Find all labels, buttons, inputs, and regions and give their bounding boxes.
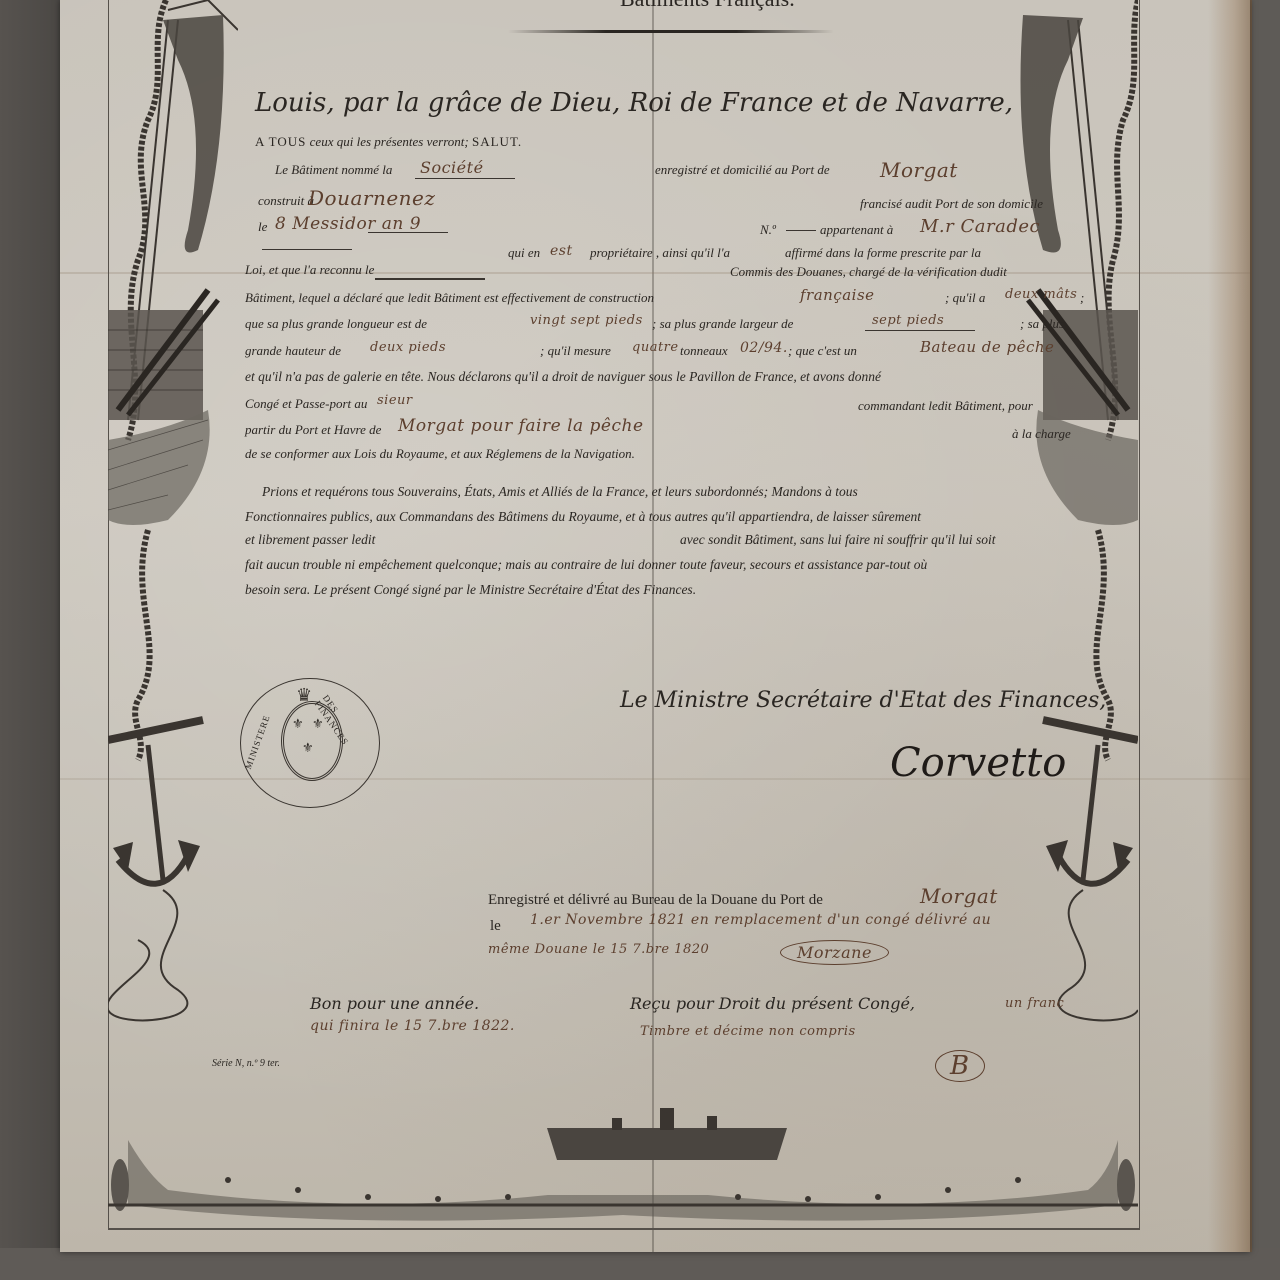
masts-field: deux mâts: [1005, 287, 1077, 302]
serie-number: Série N, n.º 9 ter.: [212, 1058, 280, 1069]
body-line3-a: le: [258, 219, 267, 235]
heading-rule: [508, 30, 834, 33]
background-left: [0, 0, 62, 1280]
body-line6-c: ;: [1080, 290, 1084, 306]
royal-title-line: Louis, par la grâce de Dieu, Roi de Fran…: [255, 88, 1013, 118]
commander-field: sieur: [377, 393, 413, 408]
validity-text: Bon pour une année.: [310, 994, 479, 1013]
background-bottom: [0, 1248, 1280, 1280]
receipt-amount-field: un franc: [1005, 996, 1064, 1011]
number-label: N.º: [760, 222, 776, 238]
heading-fragment: Bâtiments Français.: [620, 0, 795, 12]
body-line8-b: ; qu'il mesure: [540, 343, 611, 359]
minister-title: Le Ministre Secrétaire d'Etat des Financ…: [620, 688, 1106, 713]
fleur-de-lis-icon: ⚜: [302, 740, 314, 756]
blank-line: [415, 178, 515, 179]
blank-line: [368, 232, 448, 233]
body-line8-a: grande hauteur de: [245, 343, 341, 359]
body-line6-b: ; qu'il a: [945, 290, 985, 306]
body-line5-b: Commis des Douanes, chargé de la vérific…: [730, 264, 1007, 280]
engraved-frame: [108, 0, 1140, 1230]
salutation-text: ceux qui les présentes verront;: [310, 134, 469, 149]
body-line11-a: partir du Port et Havre de: [245, 422, 381, 438]
registration-date-field: 1.er Novembre 1821 en remplacement d'un …: [530, 912, 991, 928]
height-field: deux pieds: [370, 340, 446, 355]
width-field: sept pieds: [872, 313, 944, 328]
body-line11-b: à la charge: [1012, 426, 1071, 442]
para2-line2: Fonctionnaires publics, aux Commandans d…: [245, 509, 921, 525]
built-at-field: Douarnenez: [308, 186, 435, 210]
body-line4-a: qui en: [508, 245, 540, 261]
blank-line: [865, 330, 975, 331]
salutation: A TOUS ceux qui les présentes verront; S…: [255, 134, 522, 150]
rowboat-illustration-icon: [542, 1108, 792, 1160]
para2-line3-b: avec sondit Bâtiment, sans lui faire ni …: [680, 532, 996, 548]
body-line2-b: francisé audit Port de son domicile: [860, 196, 1043, 212]
body-line2-a: construit à: [258, 193, 314, 209]
blank-line: [262, 249, 352, 250]
registration-stamp: Morzane: [780, 940, 889, 965]
tonnage-fraction-field: 02/94.: [740, 340, 788, 356]
owner-field: M.r Caradec: [920, 216, 1040, 237]
home-port-field: Morgat: [880, 158, 958, 182]
para2-line5: besoin sera. Le présent Congé signé par …: [245, 582, 696, 598]
body-line7-c: ; sa plus: [1020, 316, 1064, 332]
registration-line1: Enregistré et délivré au Bureau de la Do…: [488, 892, 823, 909]
vessel-type-field: Bateau de pêche: [920, 338, 1054, 356]
receipt-text: Reçu pour Droit du présent Congé,: [630, 994, 915, 1013]
left-nautical-border-icon: [108, 0, 238, 1230]
seal-text-left: MINISTERE: [243, 713, 272, 770]
para2-line4: fait aucun trouble ni empêchement quelco…: [245, 557, 927, 573]
body-line1-a: Le Bâtiment nommé la: [275, 162, 392, 178]
body-line4-c: affirmé dans la forme prescrite par la: [785, 245, 981, 261]
body-line7-b: ; sa plus grande largeur de: [652, 316, 793, 332]
body-line10-a: Congé et Passe-port au: [245, 396, 367, 412]
body-line10-b: commandant ledit Bâtiment, pour: [858, 398, 1033, 414]
body-line7-a: que sa plus grande longueur est de: [245, 316, 427, 332]
minister-signature: Corvetto: [890, 740, 1066, 786]
registration-port-field: Morgat: [920, 884, 998, 908]
body-line12: de se conformer aux Lois du Royaume, et …: [245, 446, 635, 462]
para2-line1: Prions et requérons tous Souverains, Éta…: [262, 484, 858, 500]
ownership-field: est: [550, 243, 573, 259]
paper-stain-edge: [1208, 0, 1252, 1252]
fleur-de-lis-icon: ⚜: [292, 716, 304, 732]
validity-end-field: qui finira le 15 7.bre 1822.: [310, 1018, 515, 1034]
salutation-prefix: A TOUS: [255, 134, 306, 149]
registration-note-field: même Douane le 15 7.bre 1820: [488, 942, 709, 957]
salutation-end: SALUT.: [472, 134, 522, 149]
body-line8-c: tonneaux: [680, 343, 728, 359]
para2-line3-a: et librement passer ledit: [245, 532, 375, 548]
built-date-field: 8 Messidor an 9: [275, 214, 421, 234]
construction-origin-field: française: [800, 286, 875, 304]
vessel-name-field: Société: [420, 158, 484, 177]
body-line8-d: ; que c'est un: [788, 343, 857, 359]
departure-purpose-field: Morgat pour faire la pêche: [398, 416, 644, 436]
blank-line: [786, 230, 816, 231]
body-line1-b: enregistré et domicilié au Port de: [655, 162, 830, 178]
length-field: vingt sept pieds: [530, 313, 643, 328]
blank-line: [375, 278, 485, 280]
registration-line2-a: le: [490, 918, 501, 935]
body-line6-a: Bâtiment, lequel a déclaré que ledit Bât…: [245, 290, 654, 306]
right-nautical-border-icon: [1008, 0, 1138, 1230]
receipt-initials: B: [935, 1050, 985, 1082]
tonnage-field: quatre: [632, 340, 679, 355]
body-line9: et qu'il n'a pas de galerie en tête. Nou…: [245, 369, 881, 385]
body-line4-b: propriétaire , ainsi qu'il l'a: [590, 245, 730, 261]
body-line5-a: Loi, et que l'a reconnu le: [245, 262, 374, 278]
body-line3-c: appartenant à: [820, 222, 893, 238]
receipt-note-field: Timbre et décime non compris: [640, 1024, 856, 1039]
ministry-seal: ♛ ⚜ ⚜ ⚜ MINISTERE DES FINANCES: [240, 678, 380, 808]
